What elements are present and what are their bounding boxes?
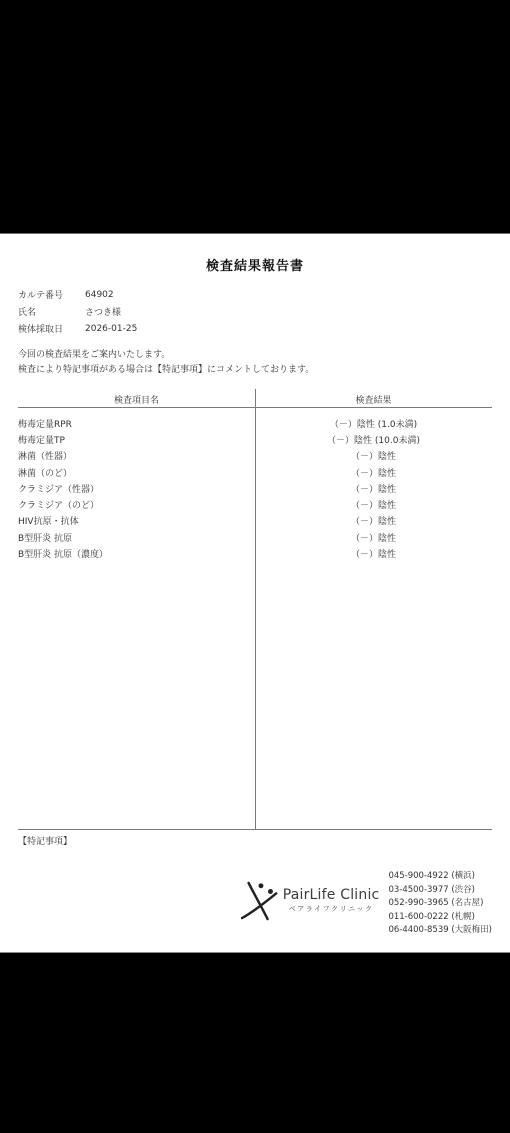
test-result-value: （－）陰性 [255, 514, 492, 527]
clinic-name: PairLife Clinic [283, 887, 380, 903]
report-page: 検査結果報告書 カルテ番号64902氏名さつき様検体採取日2026-01-25 … [0, 233, 510, 953]
column-divider [255, 389, 256, 829]
test-result-value: （－）陰性 [255, 498, 492, 511]
test-item-name: B型肝炎 抗原（濃度） [18, 547, 255, 560]
clinic-name-kana: ペアライフクリニック [289, 904, 374, 914]
test-item-name: 淋菌（のど） [18, 466, 255, 479]
field-label: 検体採取日 [18, 322, 85, 335]
clinic-phone-line: 045-900-4922 (横浜) [388, 870, 492, 884]
clinic-phone-line: 03-4500-3977 (渋谷) [388, 884, 492, 898]
test-result-value: （－）陰性 [255, 482, 492, 495]
test-item-name: 梅毒定量TP [18, 433, 255, 446]
test-result-value: （－）陰性 (1.0未満) [255, 417, 492, 430]
phone-screen: { "report": { "title": "検査結果報告書" }, "pat… [0, 0, 510, 1133]
clinic-phone-list: 045-900-4922 (横浜)03-4500-3977 (渋谷)052-99… [388, 870, 492, 938]
column-header-result: 検査結果 [255, 389, 492, 407]
page-title: 検査結果報告書 [18, 234, 492, 274]
clinic-phone-line: 011-600-0222 (札幌) [388, 911, 492, 925]
patient-info: カルテ番号64902氏名さつき様検体採取日2026-01-25 [18, 286, 492, 337]
patient-field-row: 氏名さつき様 [18, 303, 492, 320]
results-table: 検査項目名 検査結果 梅毒定量RPR（－）陰性 (1.0未満)梅毒定量TP（－）… [18, 389, 492, 830]
test-item-name: クラミジア（性器） [18, 482, 255, 495]
test-item-name: 梅毒定量RPR [18, 417, 255, 430]
greeting-text: 今回の検査結果をご案内いたします。 検査により特記事項がある場合は【特記事項】に… [18, 348, 492, 377]
patient-field-row: カルテ番号64902 [18, 286, 492, 303]
test-result-value: （－）陰性 [255, 449, 492, 462]
test-result-value: （－）陰性 (10.0未満) [255, 433, 492, 446]
field-label: 氏名 [18, 305, 85, 318]
test-result-value: （－）陰性 [255, 531, 492, 544]
patient-field-row: 検体採取日2026-01-25 [18, 320, 492, 337]
greeting-line-2: 検査により特記事項がある場合は【特記事項】にコメントしております。 [18, 363, 492, 378]
field-value: 2026-01-25 [85, 324, 137, 334]
test-item-name: B型肝炎 抗原 [18, 531, 255, 544]
clinic-phone-line: 052-990-3965 (名古屋) [388, 897, 492, 911]
clinic-name-block: PairLife Clinic ペアライフクリニック [283, 887, 380, 914]
test-item-name: HIV抗原・抗体 [18, 514, 255, 527]
test-item-name: クラミジア（のど） [18, 498, 255, 511]
pairlife-logo-icon [241, 880, 279, 922]
field-label: カルテ番号 [18, 288, 85, 301]
test-result-value: （－）陰性 [255, 547, 492, 560]
clinic-footer: PairLife Clinic ペアライフクリニック 045-900-4922 … [241, 870, 492, 938]
notes-heading: 【特記事項】 [18, 834, 72, 847]
clinic-logo: PairLife Clinic ペアライフクリニック [241, 880, 380, 922]
field-value: 64902 [85, 290, 114, 300]
test-item-name: 淋菌（性器） [18, 449, 255, 462]
greeting-line-1: 今回の検査結果をご案内いたします。 [18, 348, 492, 363]
test-result-value: （－）陰性 [255, 466, 492, 479]
column-header-item: 検査項目名 [18, 389, 255, 407]
field-value: さつき様 [85, 305, 121, 318]
clinic-phone-line: 06-4400-8539 (大阪梅田) [388, 924, 492, 938]
